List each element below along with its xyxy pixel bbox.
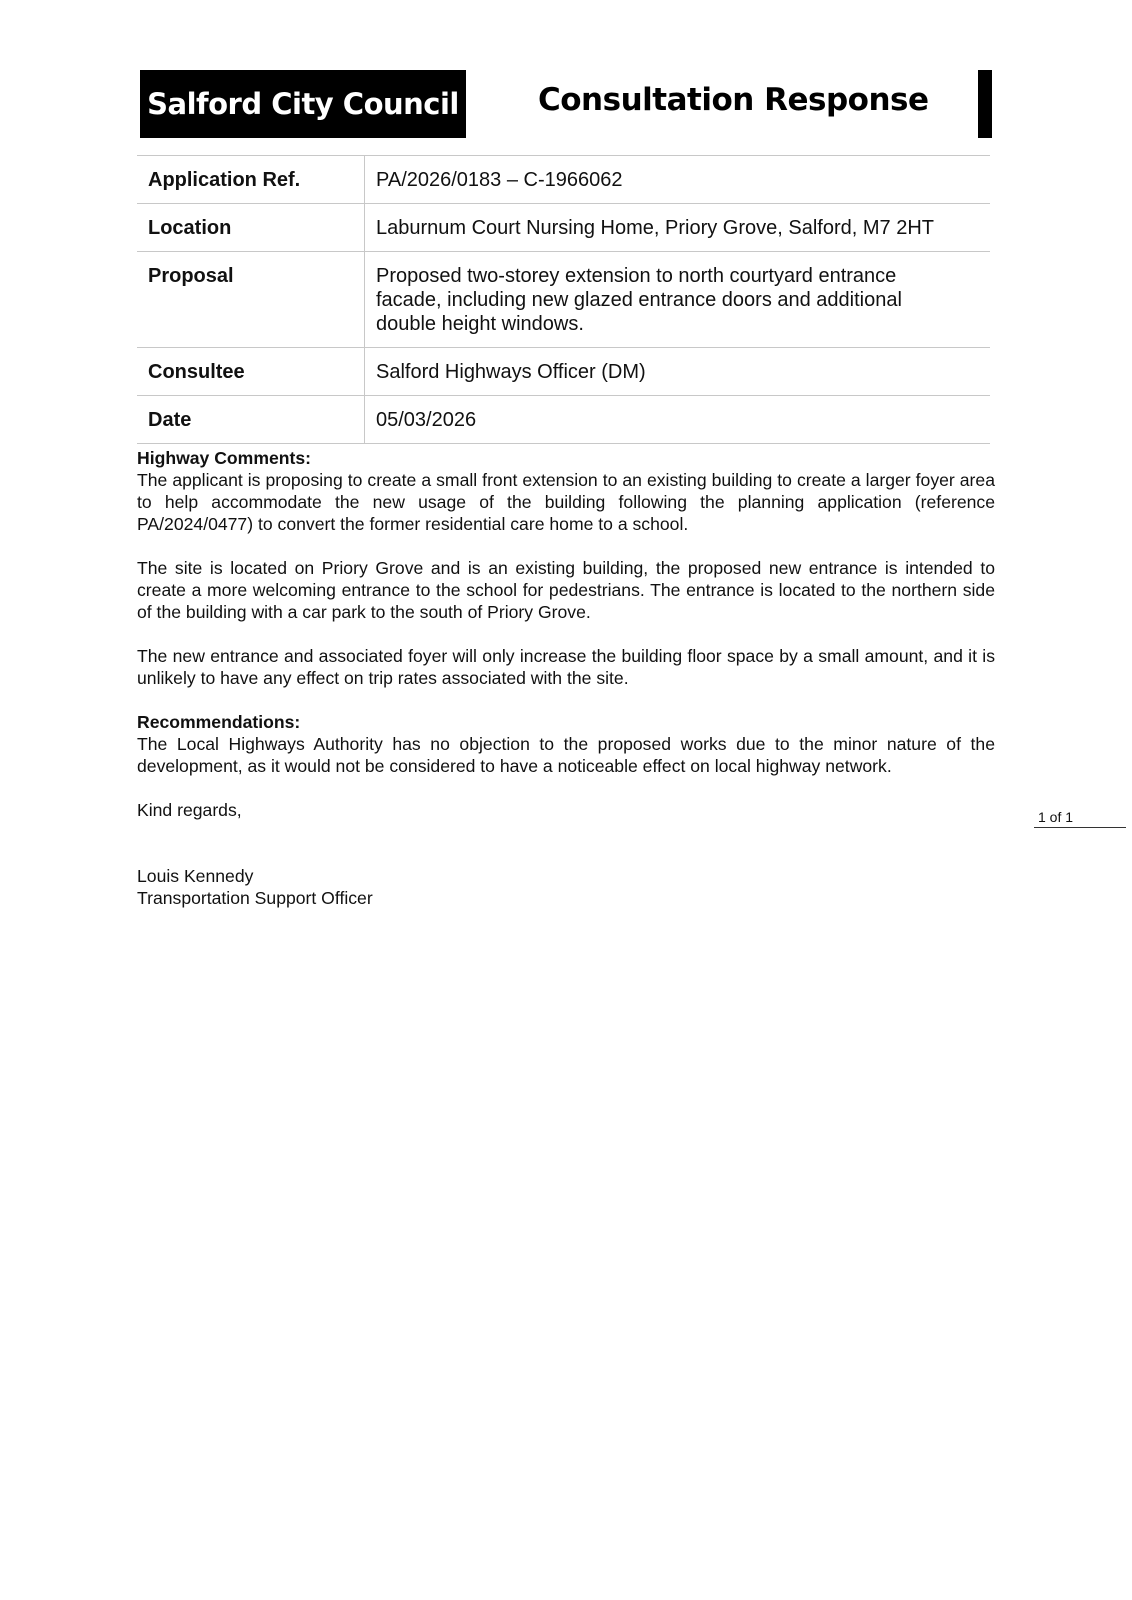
table-row: Proposal Proposed two-storey extension t…: [137, 252, 990, 348]
table-row: Application Ref. PA/2026/0183 – C-196606…: [137, 156, 990, 204]
date-label: Date: [137, 396, 365, 444]
recommendations-heading: Recommendations:: [137, 711, 995, 733]
location-label: Location: [137, 204, 365, 252]
council-logo: Salford City Council: [140, 70, 466, 138]
document-title: Consultation Response: [538, 82, 929, 118]
application-ref-value: PA/2026/0183 – C-1966062: [365, 156, 991, 204]
location-value: Laburnum Court Nursing Home, Priory Grov…: [365, 204, 991, 252]
signatory-name: Louis Kennedy: [137, 865, 995, 887]
date-value: 05/03/2026: [365, 396, 991, 444]
comment-paragraph: The applicant is proposing to create a s…: [137, 469, 995, 535]
comment-paragraph: The site is located on Priory Grove and …: [137, 557, 995, 623]
table-row: Consultee Salford Highways Officer (DM): [137, 348, 990, 396]
proposal-label: Proposal: [137, 252, 365, 348]
page-indicator: 1 of 1: [1034, 809, 1126, 828]
application-ref-label: Application Ref.: [137, 156, 365, 204]
header-accent-bar: [978, 70, 992, 138]
consultee-label: Consultee: [137, 348, 365, 396]
comment-paragraph: The new entrance and associated foyer wi…: [137, 645, 995, 689]
table-row: Location Laburnum Court Nursing Home, Pr…: [137, 204, 990, 252]
proposal-value: Proposed two-storey extension to north c…: [365, 252, 991, 348]
highway-comments-heading: Highway Comments:: [137, 447, 995, 469]
recommendations-text: The Local Highways Authority has no obje…: [137, 733, 995, 777]
table-row: Date 05/03/2026: [137, 396, 990, 444]
signatory-role: Transportation Support Officer: [137, 887, 995, 909]
signoff: Kind regards,: [137, 799, 995, 821]
application-details-table: Application Ref. PA/2026/0183 – C-196606…: [137, 155, 990, 444]
response-body: Highway Comments: The applicant is propo…: [137, 447, 995, 909]
consultee-value: Salford Highways Officer (DM): [365, 348, 991, 396]
